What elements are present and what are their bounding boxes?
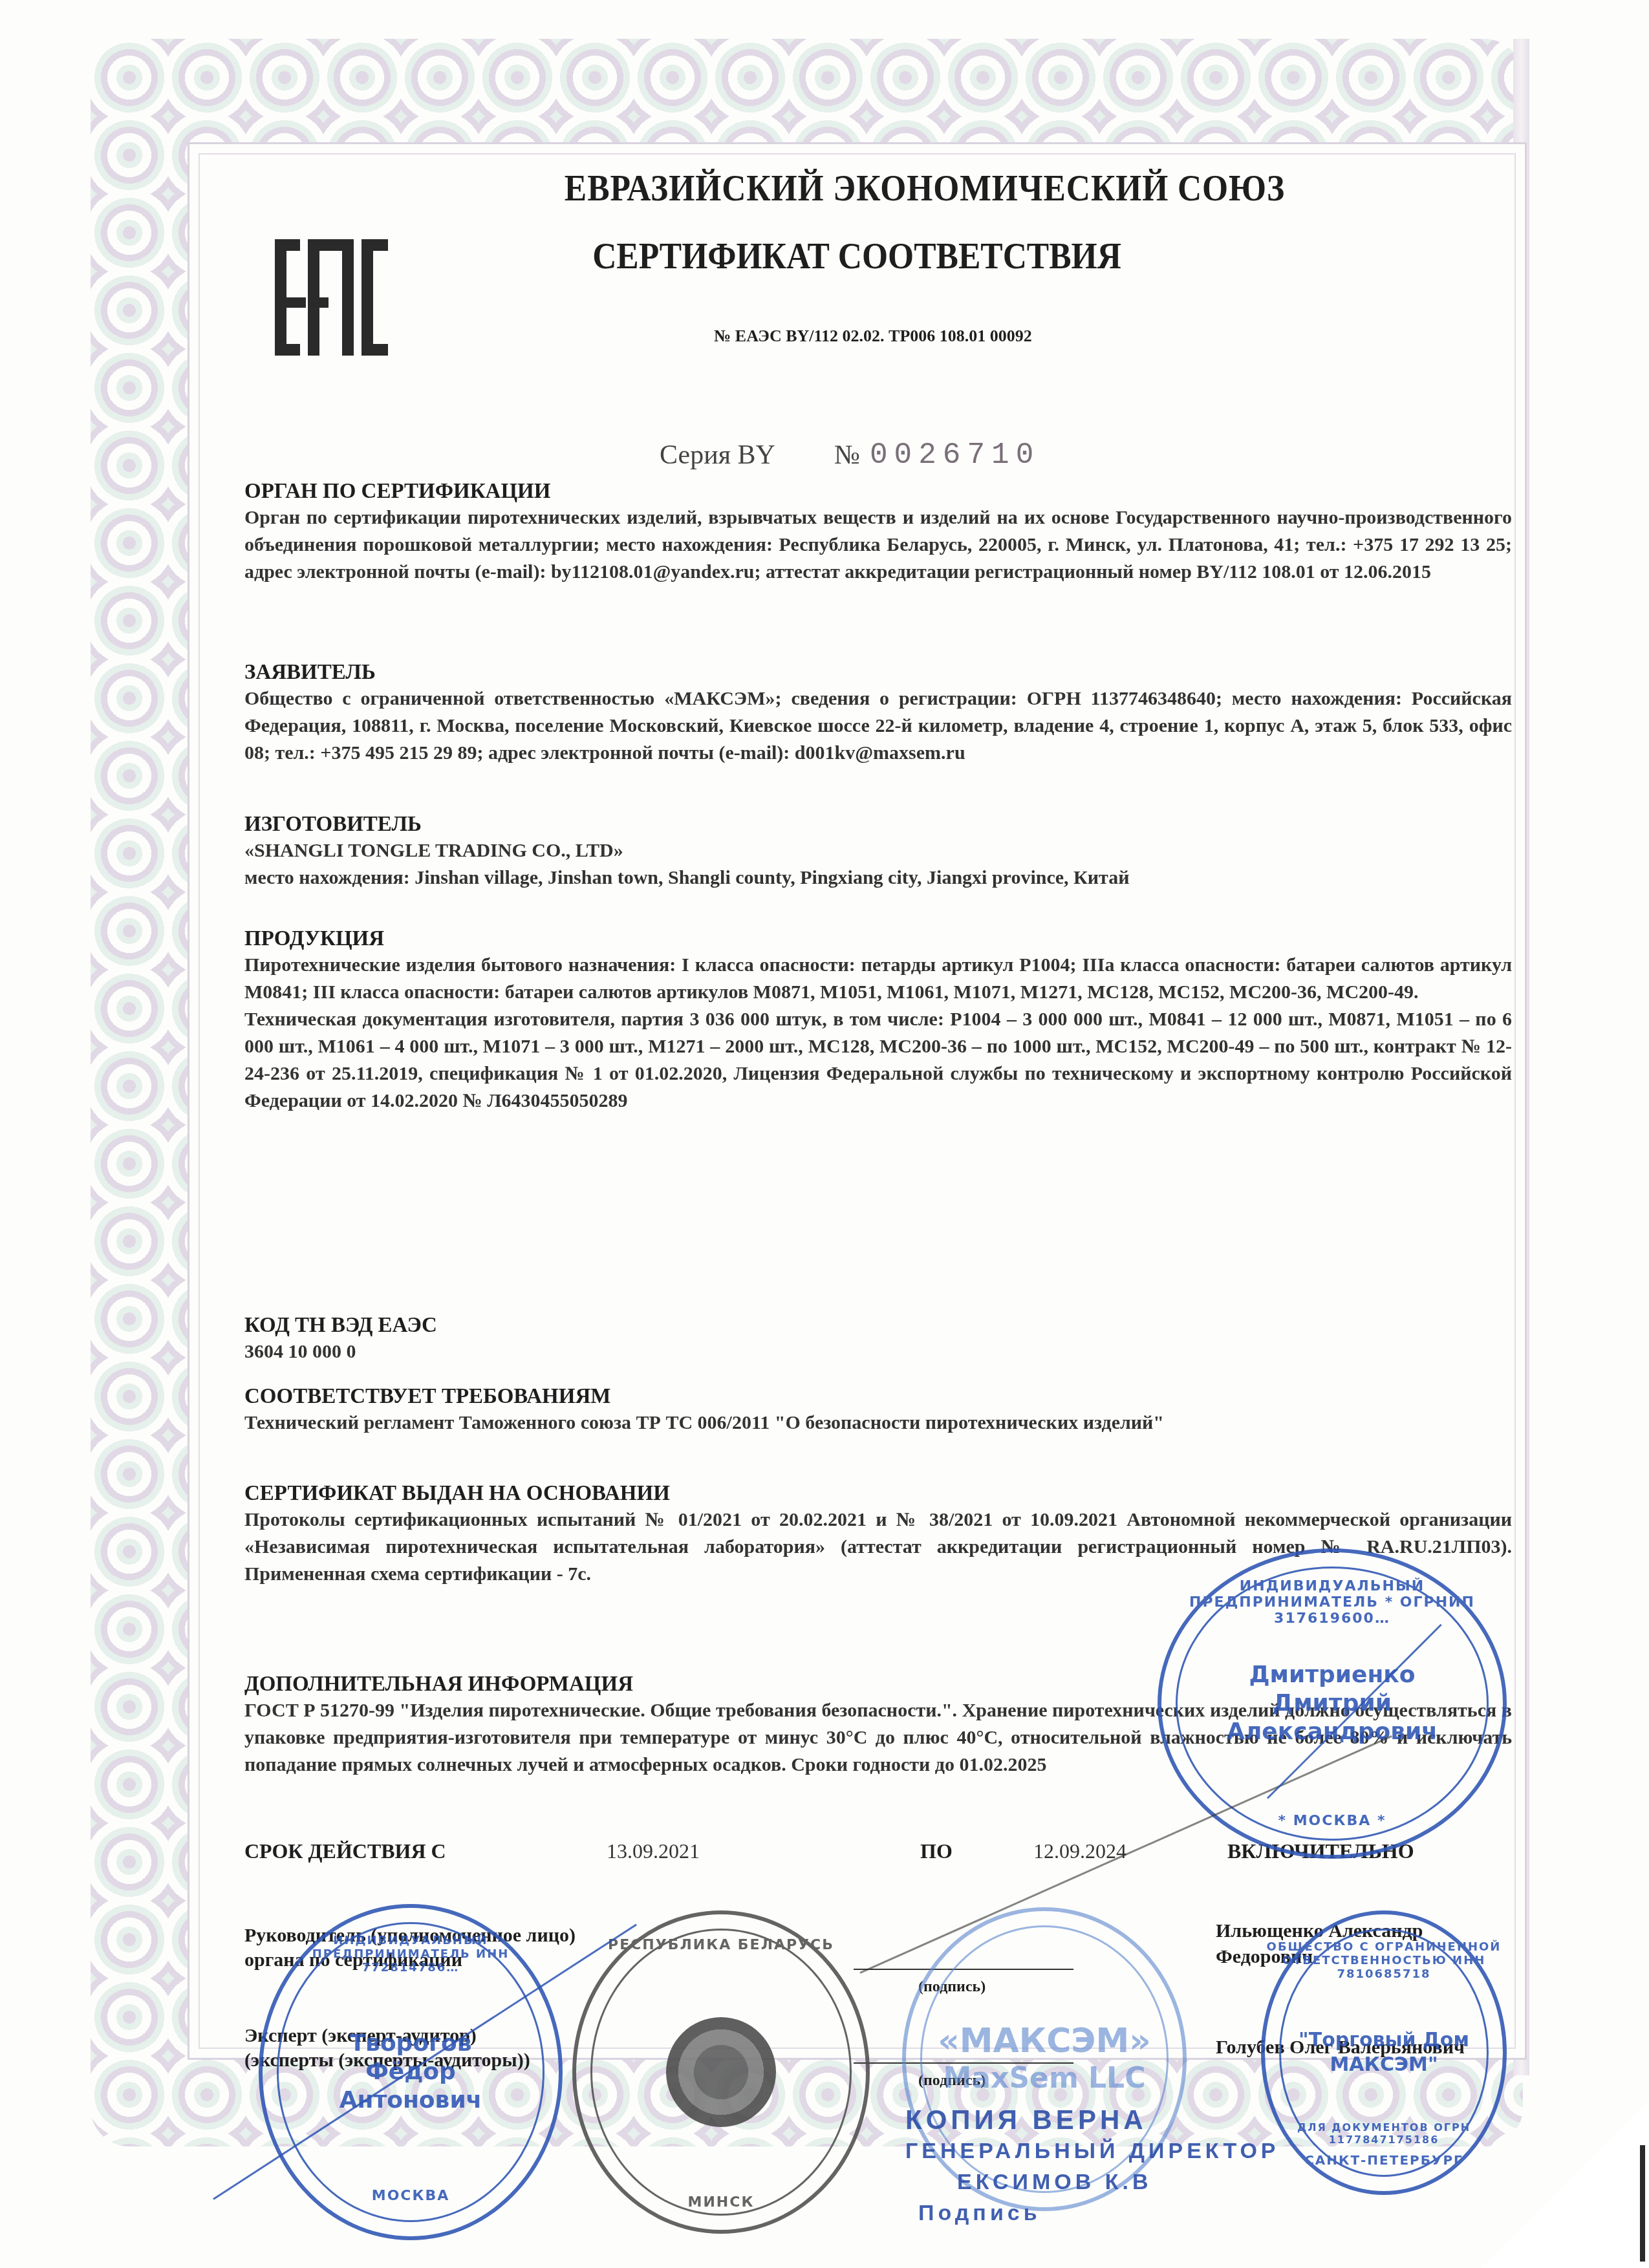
section-text: Орган по сертификации пиротехнических из… bbox=[244, 504, 1512, 586]
stamp-center-line1: "Торговый Дом bbox=[1299, 2028, 1469, 2053]
belarus-emblem-icon bbox=[666, 2017, 776, 2127]
section-heading: ОРГАН ПО СЕРТИФИКАЦИИ bbox=[244, 478, 1512, 504]
stamp-city: МОСКВА bbox=[372, 2188, 450, 2204]
stamp-ring-text: ОБЩЕСТВО С ОГРАНИЧЕННОЙ ОТВЕТСТВЕННОСТЬЮ… bbox=[1265, 1940, 1503, 1981]
stamp-trading-house: ОБЩЕСТВО С ОГРАНИЧЕННОЙ ОТВЕТСТВЕННОСТЬЮ… bbox=[1261, 1910, 1507, 2195]
page-fold-corner bbox=[1481, 2100, 1649, 2268]
stamp-ring-text: ИНДИВИДУАЛЬНЫЙ ПРЕДПРИНИМАТЕЛЬ * ОГРНИП … bbox=[1161, 1578, 1503, 1627]
manufacturer-address: место нахождения: Jinshan village, Jinsh… bbox=[244, 864, 1512, 892]
section-heading: СЕРТИФИКАТ ВЫДАН НА ОСНОВАНИИ bbox=[244, 1481, 1512, 1506]
section-heading: ЗАЯВИТЕЛЬ bbox=[244, 659, 1512, 685]
stamp-center-line2: МАКСЭМ" bbox=[1330, 2053, 1438, 2077]
eac-letter-c bbox=[361, 239, 388, 356]
copy-note-line3: ЕКСИМОВ К.В bbox=[905, 2166, 1280, 2198]
copy-certified-stamp: КОПИЯ ВЕРНА ГЕНЕРАЛЬНЫЙ ДИРЕКТОР ЕКСИМОВ… bbox=[905, 2104, 1280, 2229]
stamp-bottom-text: ДЛЯ ДОКУМЕНТОВ ОГРН 1177847175186 bbox=[1265, 2121, 1503, 2146]
stamp-center-line2: Дмитрий bbox=[1273, 1689, 1392, 1718]
section-heading: КОД ТН ВЭД ЕАЭС bbox=[244, 1312, 1512, 1338]
series-number-sign: № bbox=[834, 440, 860, 471]
stamp-center-line1: «МАКСЭМ» bbox=[938, 2022, 1151, 2060]
document-title: СЕРТИФИКАТ СООТВЕТСТВИЯ bbox=[544, 236, 1169, 277]
union-title: ЕВРАЗИЙСКИЙ ЭКОНОМИЧЕСКИЙ СОЮЗ bbox=[508, 168, 1341, 209]
stamp-city: САНКТ-ПЕТЕРБУРГ bbox=[1304, 2152, 1463, 2168]
stamp-center-line2: MaxSem LLC bbox=[943, 2060, 1146, 2097]
section-heading: СООТВЕТСТВУЕТ ТРЕБОВАНИЯМ bbox=[244, 1384, 1512, 1409]
eac-letter-a bbox=[308, 239, 354, 356]
stamp-city: МИНСК bbox=[688, 2194, 755, 2210]
validity-from-label: СРОК ДЕЙСТВИЯ С bbox=[244, 1839, 446, 1863]
requirements-text: Технический регламент Таможенного союза … bbox=[244, 1409, 1512, 1437]
stamp-ring-text: РЕСПУБЛИКА БЕЛАРУСЬ bbox=[608, 1937, 834, 1953]
series-label: Серия BY bbox=[660, 440, 775, 471]
manufacturer-name: «SHANGLI TONGLE TRADING CO., LTD» bbox=[244, 837, 1512, 864]
section-applicant: ЗАЯВИТЕЛЬ Общество с ограниченной ответс… bbox=[244, 659, 1512, 767]
section-heading: ПРОДУКЦИЯ bbox=[244, 926, 1512, 952]
eac-logo-icon bbox=[275, 239, 388, 356]
section-hs-code: КОД ТН ВЭД ЕАЭС 3604 10 000 0 bbox=[244, 1312, 1512, 1365]
products-list: Пиротехнические изделия бытового назначе… bbox=[244, 952, 1512, 1006]
products-batch: Техническая документация изготовителя, п… bbox=[244, 1006, 1512, 1115]
validity-to-label: ПО bbox=[920, 1839, 953, 1863]
copy-note-line2: ГЕНЕРАЛЬНЫЙ ДИРЕКТОР bbox=[905, 2135, 1280, 2166]
section-manufacturer: ИЗГОТОВИТЕЛЬ «SHANGLI TONGLE TRADING CO.… bbox=[244, 811, 1512, 892]
validity-from-date: 13.09.2021 bbox=[607, 1839, 700, 1863]
stamp-ip-dmitrienko: ИНДИВИДУАЛЬНЫЙ ПРЕДПРИНИМАТЕЛЬ * ОГРНИП … bbox=[1158, 1548, 1507, 1859]
page-edge-shadow bbox=[1640, 2145, 1645, 2262]
stamp-city: * МОСКВА * bbox=[1278, 1813, 1386, 1829]
eac-letter-e bbox=[275, 239, 300, 356]
section-products: ПРОДУКЦИЯ Пиротехнические изделия бытово… bbox=[244, 926, 1512, 1115]
copy-note-line1: КОПИЯ ВЕРНА bbox=[905, 2104, 1280, 2135]
section-text: Общество с ограниченной ответственностью… bbox=[244, 685, 1512, 767]
section-heading: ИЗГОТОВИТЕЛЬ bbox=[244, 811, 1512, 837]
section-requirements: СООТВЕТСТВУЕТ ТРЕБОВАНИЯМ Технический ре… bbox=[244, 1384, 1512, 1437]
certificate-number: № ЕАЭС BY/112 02.02. ТР006 108.01 00092 bbox=[582, 326, 1164, 346]
stamp-center-line3: Антонович bbox=[339, 2086, 482, 2115]
stamp-belarus-state: РЕСПУБЛИКА БЕЛАРУСЬ МИНСК bbox=[572, 1910, 870, 2234]
copy-note-line4: Подпись bbox=[905, 2198, 1280, 2229]
section-certification-body: ОРГАН ПО СЕРТИФИКАЦИИ Орган по сертифика… bbox=[244, 478, 1512, 586]
stamp-ring-text: ИНДИВИДУАЛЬНЫЙ ПРЕДПРИНИМАТЕЛЬ ИНН 77281… bbox=[263, 1934, 559, 1974]
series-number: 0026710 bbox=[870, 438, 1040, 472]
hs-code: 3604 10 000 0 bbox=[244, 1338, 1512, 1365]
